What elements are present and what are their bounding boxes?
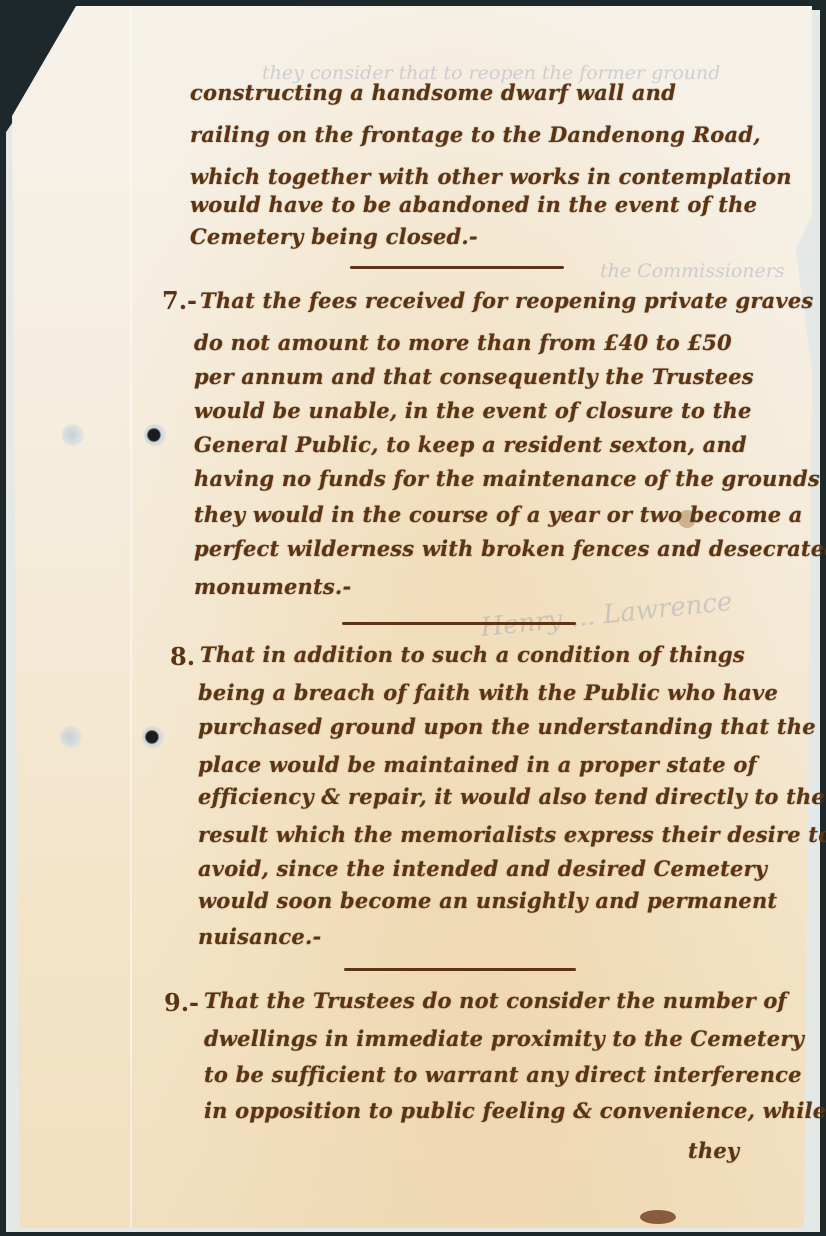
catchword: they	[688, 1138, 739, 1163]
section-divider	[350, 266, 564, 269]
continuation-line: would have to be abandoned in the event …	[190, 192, 757, 217]
continuation-line: Cemetery being closed.-	[190, 224, 478, 249]
paragraph-line: That the Trustees do not consider the nu…	[204, 988, 787, 1013]
punch-hole	[144, 424, 166, 446]
paragraph-line: perfect wilderness with broken fences an…	[194, 536, 826, 561]
edge-stain	[640, 1210, 676, 1224]
continuation-line: which together with other works in conte…	[190, 164, 792, 189]
paragraph-line: being a breach of faith with the Public …	[198, 680, 778, 705]
punch-hole	[142, 726, 164, 748]
paragraph-line: having no funds for the maintenance of t…	[194, 466, 820, 491]
punch-hole	[62, 424, 84, 446]
paragraph-line: result which the memorialists express th…	[198, 822, 826, 847]
paragraph-line: dwellings in immediate proximity to the …	[204, 1026, 804, 1051]
paragraph-line: in opposition to public feeling & conven…	[204, 1098, 826, 1123]
paragraph-line: would be unable, in the event of closure…	[194, 398, 752, 423]
paragraph-line: place would be maintained in a proper st…	[198, 752, 757, 777]
paragraph-line: per annum and that consequently the Trus…	[194, 364, 754, 389]
paragraph-line: purchased ground upon the understanding …	[198, 714, 816, 739]
section-divider	[342, 622, 576, 625]
fold-crease	[130, 6, 132, 1228]
paragraph-line: monuments.-	[194, 574, 351, 599]
bleed-through-right: the Commissioners	[600, 260, 785, 282]
continuation-line: railing on the frontage to the Dandenong…	[190, 122, 761, 147]
paragraph-line: nuisance.-	[198, 924, 321, 949]
paragraph-line: do not amount to more than from £40 to £…	[194, 330, 732, 355]
paragraph-line: That in addition to such a condition of …	[200, 642, 745, 667]
paragraph-line: they would in the course of a year or tw…	[194, 502, 803, 527]
paragraph-line: efficiency & repair, it would also tend …	[198, 784, 825, 809]
punch-hole	[60, 726, 82, 748]
paragraph-line: That the fees received for reopening pri…	[200, 288, 813, 313]
paragraph-line: avoid, since the intended and desired Ce…	[198, 856, 767, 881]
paragraph-line: would soon become an unsightly and perma…	[198, 888, 777, 913]
paragraph-number-9: 9.-	[164, 988, 199, 1017]
paragraph-line: General Public, to keep a resident sexto…	[194, 432, 747, 457]
continuation-line: constructing a handsome dwarf wall and	[190, 80, 676, 105]
section-divider	[344, 968, 576, 971]
paragraph-number-8: 8.	[170, 642, 195, 671]
paragraph-line: to be sufficient to warrant any direct i…	[204, 1062, 802, 1087]
paragraph-number-7: 7.-	[162, 286, 197, 315]
